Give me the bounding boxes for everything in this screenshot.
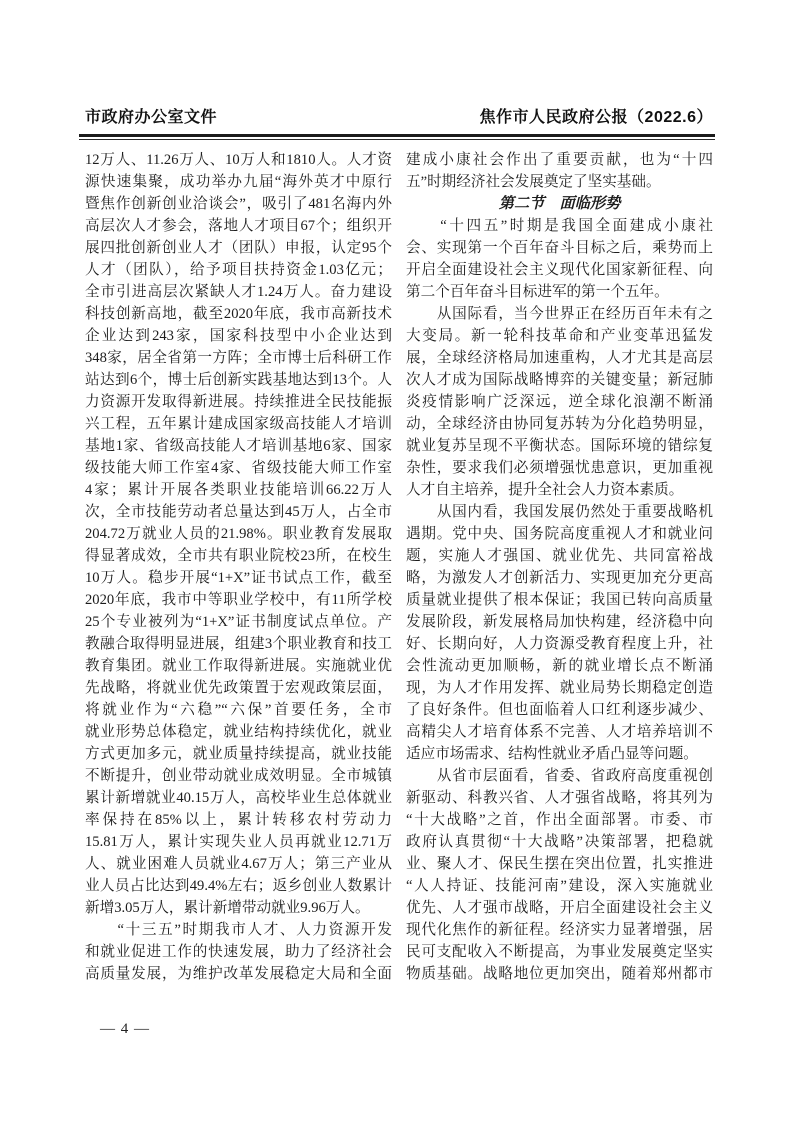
text-line: 将就业作为“六稳”“六保”首要任务，全市 <box>85 699 392 721</box>
text-line: 就业复苏呈现不平衡状态。国际环境的错综复 <box>406 435 713 457</box>
text-line: 率保持在85%以上，累计转移农村劳动力 <box>85 809 392 831</box>
header-right-title: 焦作市人民政府公报（2022.6） <box>480 104 713 127</box>
text-line: 次，全市技能劳动者总量达到45万人，占全市 <box>85 501 392 523</box>
text-line: 政府认真贯彻“十大战略”决策部署，把稳就 <box>406 831 713 853</box>
text-line: “十三五”时期我市人才、人力资源开发 <box>85 919 392 941</box>
document-body: 12万人、11.26万人、10万人和1810人。人才资源快速集聚，成功举办九届“… <box>85 149 713 985</box>
text-line: 25个专业被列为“1+X”证书制度试点单位。产 <box>85 611 392 633</box>
text-line: 从国内看，我国发展仍然处于重要战略机 <box>406 501 713 523</box>
text-line: 教融合取得明显进展，组建3个职业教育和技工 <box>85 633 392 655</box>
text-line: “人人持证、技能河南”建设，深入实施就业 <box>406 875 713 897</box>
text-line: 优先、人才强市战略，开启全面建设社会主义 <box>406 897 713 919</box>
text-line: 民可支配收入不断提高，为事业发展奠定坚实 <box>406 941 713 963</box>
text-line: 人才（团队），给予项目扶持资金1.03亿元； <box>85 259 392 281</box>
text-line: 2020年底，我市中等职业学校中，有11所学校 <box>85 589 392 611</box>
text-line: 高质量发展，为维护改革发展稳定大局和全面 <box>85 963 392 985</box>
text-line: 级技能大师工作室4家、省级技能大师工作室 <box>85 457 392 479</box>
text-line: 现，为人才作用发挥、就业局势长期稳定创造 <box>406 677 713 699</box>
text-line: 兴工程，五年累计建成国家级高技能人才培训 <box>85 413 392 435</box>
page-number: — 4 — <box>100 1021 150 1037</box>
text-line: 教育集团。就业工作取得新进展。实施就业优 <box>85 655 392 677</box>
text-line: 新驱动、科教兴省、人才强省战略，将其列为 <box>406 787 713 809</box>
left-column: 12万人、11.26万人、10万人和1810人。人才资源快速集聚，成功举办九届“… <box>85 149 392 985</box>
text-line: 大变局。新一轮科技革命和产业变革迅猛发 <box>406 325 713 347</box>
text-line: 不断提升，创业带动就业成效明显。全市城镇 <box>85 765 392 787</box>
text-line: 了良好条件。但也面临着人口红利逐步减少、 <box>406 699 713 721</box>
text-line: 好、长期向好，人力资源受教育程度上升，社 <box>406 633 713 655</box>
text-line: 348家，居全省第一方阵；全市博士后科研工作 <box>85 347 392 369</box>
text-line: 第二个百年奋斗目标进军的第一个五年。 <box>406 281 713 303</box>
text-line: 发展阶段，新发展格局加快构建，经济稳中向 <box>406 611 713 633</box>
text-line: 方式更加多元，就业质量持续提高，就业技能 <box>85 743 392 765</box>
text-line: “十四五”时期是我国全面建成小康社 <box>406 215 713 237</box>
page-header: 市政府办公室文件 焦作市人民政府公报（2022.6） <box>85 104 713 127</box>
text-line: 从省市层面看，省委、省政府高度重视创 <box>406 765 713 787</box>
text-line: 就业形势总体稳定，就业结构持续优化，就业 <box>85 721 392 743</box>
text-line: 10万人。稳步开展“1+X”证书试点工作，截至 <box>85 567 392 589</box>
text-line: 15.81万人，累计实现失业人员再就业12.71万 <box>85 831 392 853</box>
text-line: 质量就业提供了根本保证；我国已转向高质量 <box>406 589 713 611</box>
document-page: 市政府办公室文件 焦作市人民政府公报（2022.6） 12万人、11.26万人、… <box>0 0 793 1122</box>
text-line: 业人员占比达到49.4%左右；返乡创业人数累计 <box>85 875 392 897</box>
text-line: 源快速集聚，成功举办九届“海外英才中原行 <box>85 171 392 193</box>
text-line: 会、实现第一个百年奋斗目标之后，乘势而上 <box>406 237 713 259</box>
text-line: 4家；累计开展各类职业技能培训66.22万人 <box>85 479 392 501</box>
text-line: 炎疫情影响广泛深远，逆全球化浪潮不断涌 <box>406 391 713 413</box>
header-left-title: 市政府办公室文件 <box>85 104 217 127</box>
right-column: 建成小康社会作出了重要贡献，也为“十四五”时期经济社会发展奠定了坚实基础。第二节… <box>406 149 713 985</box>
text-line: 12万人、11.26万人、10万人和1810人。人才资 <box>85 149 392 171</box>
text-line: 得显著成效，全市共有职业院校23所，在校生 <box>85 545 392 567</box>
text-line: 建成小康社会作出了重要贡献，也为“十四 <box>406 149 713 171</box>
text-line: 全市引进高层次紧缺人才1.24万人。奋力建设 <box>85 281 392 303</box>
text-line: 高精尖人才培育体系不完善、人才培养培训不 <box>406 721 713 743</box>
text-line: 科技创新高地，截至2020年底，我市高新技术 <box>85 303 392 325</box>
text-line: 和就业促进工作的快速发展，助力了经济社会 <box>85 941 392 963</box>
header-rule-divider <box>79 134 715 140</box>
text-line: 从国际看，当今世界正在经历百年未有之 <box>406 303 713 325</box>
text-line: 新增3.05万人，累计新增带动就业9.96万人。 <box>85 897 392 919</box>
text-line: 遇期。党中央、国务院高度重视人才和就业问 <box>406 523 713 545</box>
text-line: 动，全球经济由协同复苏转为分化趋势明显， <box>406 413 713 435</box>
text-line: 现代化焦作的新征程。经济实力显著增强，居 <box>406 919 713 941</box>
text-line: 会性流动更加顺畅，新的就业增长点不断涌 <box>406 655 713 677</box>
text-line: 展四批创新创业人才（团队）申报，认定95个 <box>85 237 392 259</box>
text-line: 先战略，将就业优先政策置于宏观政策层面， <box>85 677 392 699</box>
text-line: 略，为激发人才创新活力、实现更加充分更高 <box>406 567 713 589</box>
text-line: 杂性，要求我们必须增强忧患意识，更加重视 <box>406 457 713 479</box>
text-line: 站达到6个，博士后创新实践基地达到13个。人 <box>85 369 392 391</box>
text-line: 204.72万就业人员的21.98%。职业教育发展取 <box>85 523 392 545</box>
text-line: 题，实施人才强国、就业优先、共同富裕战 <box>406 545 713 567</box>
text-line: 人、就业困难人员就业4.67万人；第三产业从 <box>85 853 392 875</box>
text-line: 人才自主培养，提升全社会人力资本素质。 <box>406 479 713 501</box>
text-line: 适应市场需求、结构性就业矛盾凸显等问题。 <box>406 743 713 765</box>
text-line: 累计新增就业40.15万人，高校毕业生总体就业 <box>85 787 392 809</box>
text-line: 力资源开发取得新进展。持续推进全民技能振 <box>85 391 392 413</box>
section-heading: 第二节 面临形势 <box>406 193 713 215</box>
page-footer: — 4 — <box>100 1021 150 1038</box>
text-line: 开启全面建设社会主义现代化国家新征程、向 <box>406 259 713 281</box>
text-line: 业、聚人才、保民生摆在突出位置，扎实推进 <box>406 853 713 875</box>
text-line: 企业达到243家，国家科技型中小企业达到 <box>85 325 392 347</box>
text-line: 高层次人才参会，落地人才项目67个；组织开 <box>85 215 392 237</box>
text-line: 物质基础。战略地位更加突出，随着郑州都市 <box>406 963 713 985</box>
text-line: 展，全球经济格局加速重构，人才尤其是高层 <box>406 347 713 369</box>
text-line: 暨焦作创新创业洽谈会”，吸引了481名海内外 <box>85 193 392 215</box>
text-line: “十大战略”之首，作出全面部署。市委、市 <box>406 809 713 831</box>
text-line: 五”时期经济社会发展奠定了坚实基础。 <box>406 171 713 193</box>
text-line: 次人才成为国际战略博弈的关键变量；新冠肺 <box>406 369 713 391</box>
text-line: 基地1家、省级高技能人才培训基地6家、国家 <box>85 435 392 457</box>
